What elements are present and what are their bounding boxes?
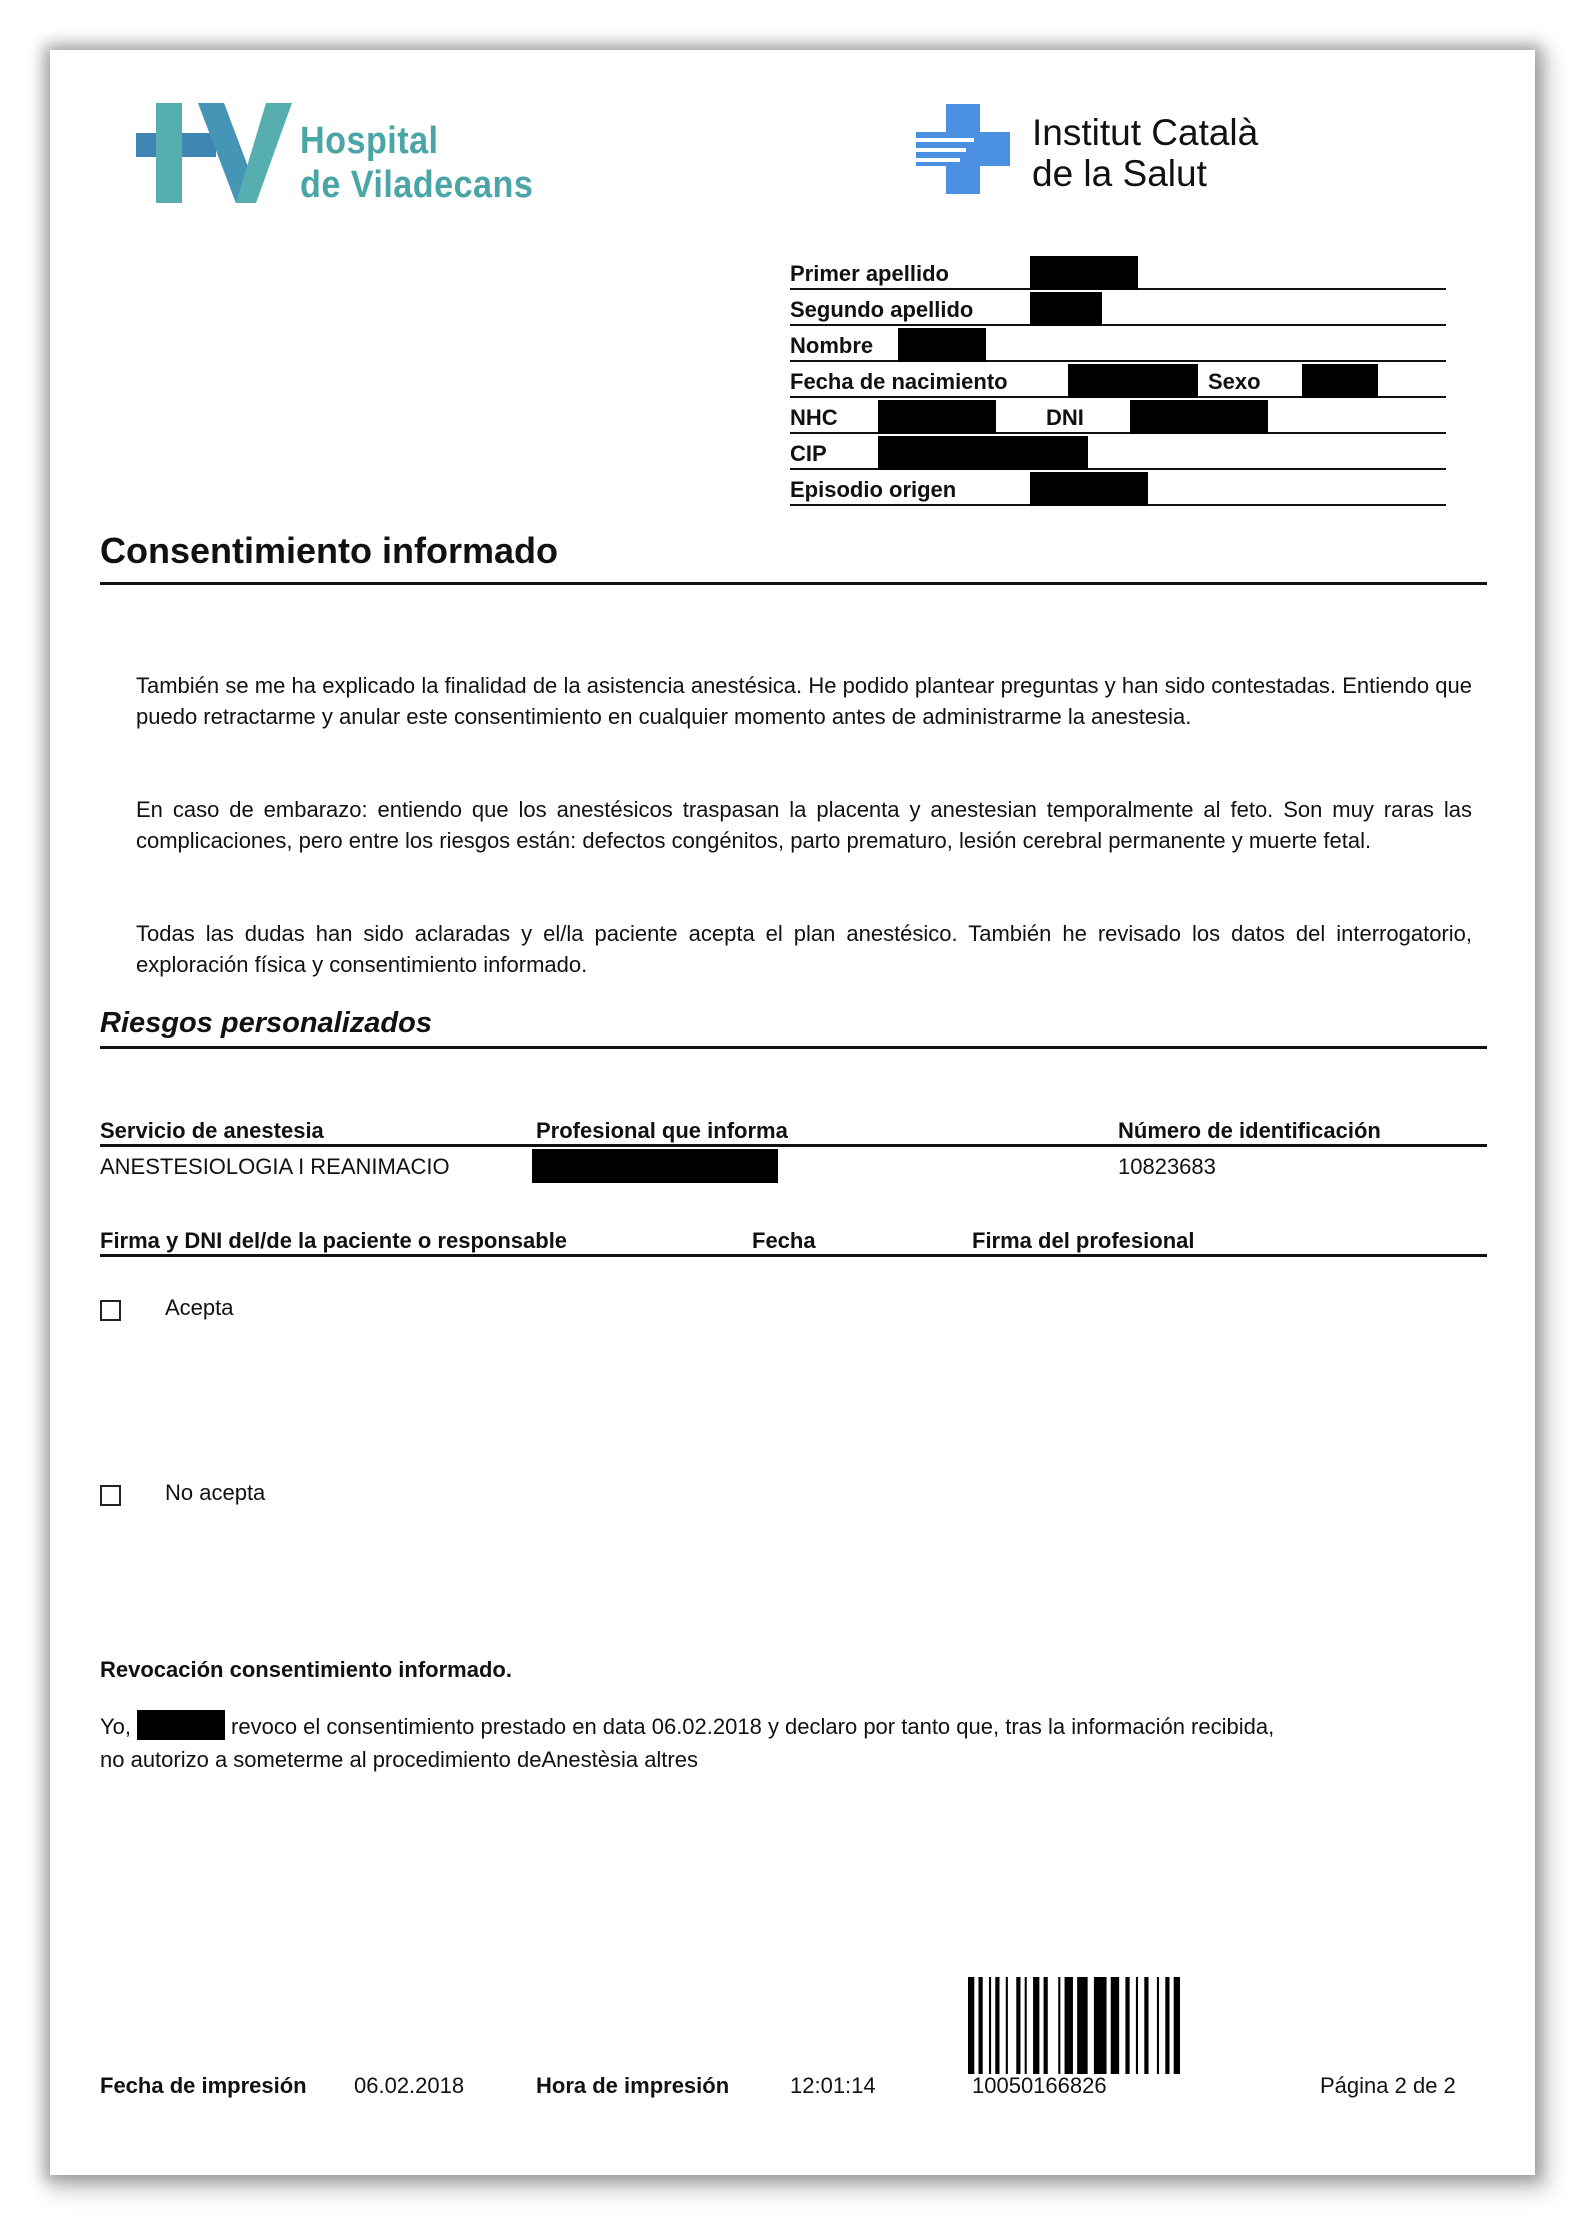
header-fecha: Fecha <box>752 1228 816 1254</box>
print-date-label: Fecha de impresión <box>100 2073 307 2099</box>
label-nhc: NHC <box>790 405 838 431</box>
redacted-profesional <box>532 1149 778 1183</box>
hospital-name-line1: Hospital <box>300 119 533 163</box>
ics-name-line2: de la Salut <box>1032 153 1258 194</box>
redacted-segundo-apellido <box>1030 292 1102 326</box>
label-fecha-nacimiento: Fecha de nacimiento <box>790 369 1008 395</box>
revocation-line-1: Yo,revoco el consentimiento prestado en … <box>100 1710 1500 1743</box>
title-divider <box>100 582 1487 585</box>
field-nombre: Nombre <box>790 328 1446 362</box>
redacted-cip <box>878 436 1088 470</box>
blue-cross-icon <box>916 104 1012 200</box>
redacted-sexo <box>1302 364 1378 398</box>
redacted-primer-apellido <box>1030 256 1138 290</box>
field-cip: CIP <box>790 436 1446 470</box>
revocation-prefix: Yo, <box>100 1714 131 1739</box>
field-episodio-origen: Episodio origen <box>790 472 1446 506</box>
service-table-divider <box>100 1144 1487 1147</box>
revocation-text-line2: no autorizo a someterme al procedimiento… <box>100 1743 1500 1776</box>
hospital-viladecans-logo: Hospital de Viladecans <box>136 103 616 223</box>
field-segundo-apellido: Segundo apellido <box>790 292 1446 326</box>
redacted-nhc <box>878 400 996 434</box>
document-page: Hospital de Viladecans Institut Català d… <box>50 50 1535 2175</box>
hv-cross-logo-icon <box>136 103 296 203</box>
redacted-nombre <box>898 328 986 362</box>
no-acepta-label: No acepta <box>165 1480 265 1506</box>
revocation-text: Yo,revoco el consentimiento prestado en … <box>100 1710 1500 1776</box>
signature-table-divider <box>100 1254 1487 1257</box>
redacted-dni <box>1130 400 1268 434</box>
barcode-icon <box>968 1977 1180 2074</box>
print-time-label: Hora de impresión <box>536 2073 729 2099</box>
label-cip: CIP <box>790 441 827 467</box>
page-title: Consentimiento informado <box>100 530 558 572</box>
header-numero-identificacion: Número de identificación <box>1118 1118 1381 1144</box>
paragraph-dudas: Todas las dudas han sido aclaradas y el/… <box>136 918 1472 980</box>
id-number-value: 10823683 <box>1118 1154 1216 1180</box>
header-profesional: Profesional que informa <box>536 1118 788 1144</box>
risks-heading: Riesgos personalizados <box>100 1007 432 1040</box>
institut-catala-salut-logo: Institut Català de la Salut <box>916 100 1416 220</box>
acepta-label: Acepta <box>165 1295 234 1321</box>
label-segundo-apellido: Segundo apellido <box>790 297 973 323</box>
label-episodio-origen: Episodio origen <box>790 477 956 503</box>
redacted-fecha-nacimiento <box>1068 364 1198 398</box>
label-dni: DNI <box>1046 405 1084 431</box>
no-acepta-checkbox[interactable] <box>100 1485 121 1506</box>
redacted-revocation-name <box>137 1710 225 1740</box>
redacted-episodio-origen <box>1030 472 1148 506</box>
field-fecha-nacimiento: Fecha de nacimiento Sexo <box>790 364 1446 398</box>
field-primer-apellido: Primer apellido <box>790 256 1446 290</box>
label-sexo: Sexo <box>1208 369 1261 395</box>
paragraph-finalidad: También se me ha explicado la finalidad … <box>136 670 1472 732</box>
barcode-number: 10050166826 <box>972 2073 1107 2099</box>
acepta-checkbox[interactable] <box>100 1300 121 1321</box>
paragraph-embarazo: En caso de embarazo: entiendo que los an… <box>136 794 1472 856</box>
header-firma-profesional: Firma del profesional <box>972 1228 1195 1254</box>
revocation-text-line1: revoco el consentimiento prestado en dat… <box>231 1714 1274 1739</box>
hospital-name-line2: de Viladecans <box>300 163 533 207</box>
field-nhc-dni: NHC DNI <box>790 400 1446 434</box>
print-time-value: 12:01:14 <box>790 2073 876 2099</box>
revocation-heading: Revocación consentimiento informado. <box>100 1657 512 1683</box>
label-nombre: Nombre <box>790 333 873 359</box>
print-date-value: 06.02.2018 <box>354 2073 464 2099</box>
ics-name-line1: Institut Català <box>1032 112 1258 153</box>
label-primer-apellido: Primer apellido <box>790 261 949 287</box>
page-number: Página 2 de 2 <box>1320 2073 1456 2099</box>
risks-divider <box>100 1046 1487 1049</box>
service-value: ANESTESIOLOGIA I REANIMACIO <box>100 1154 450 1180</box>
header-servicio: Servicio de anestesia <box>100 1118 324 1144</box>
header-firma-paciente: Firma y DNI del/de la paciente o respons… <box>100 1228 567 1254</box>
